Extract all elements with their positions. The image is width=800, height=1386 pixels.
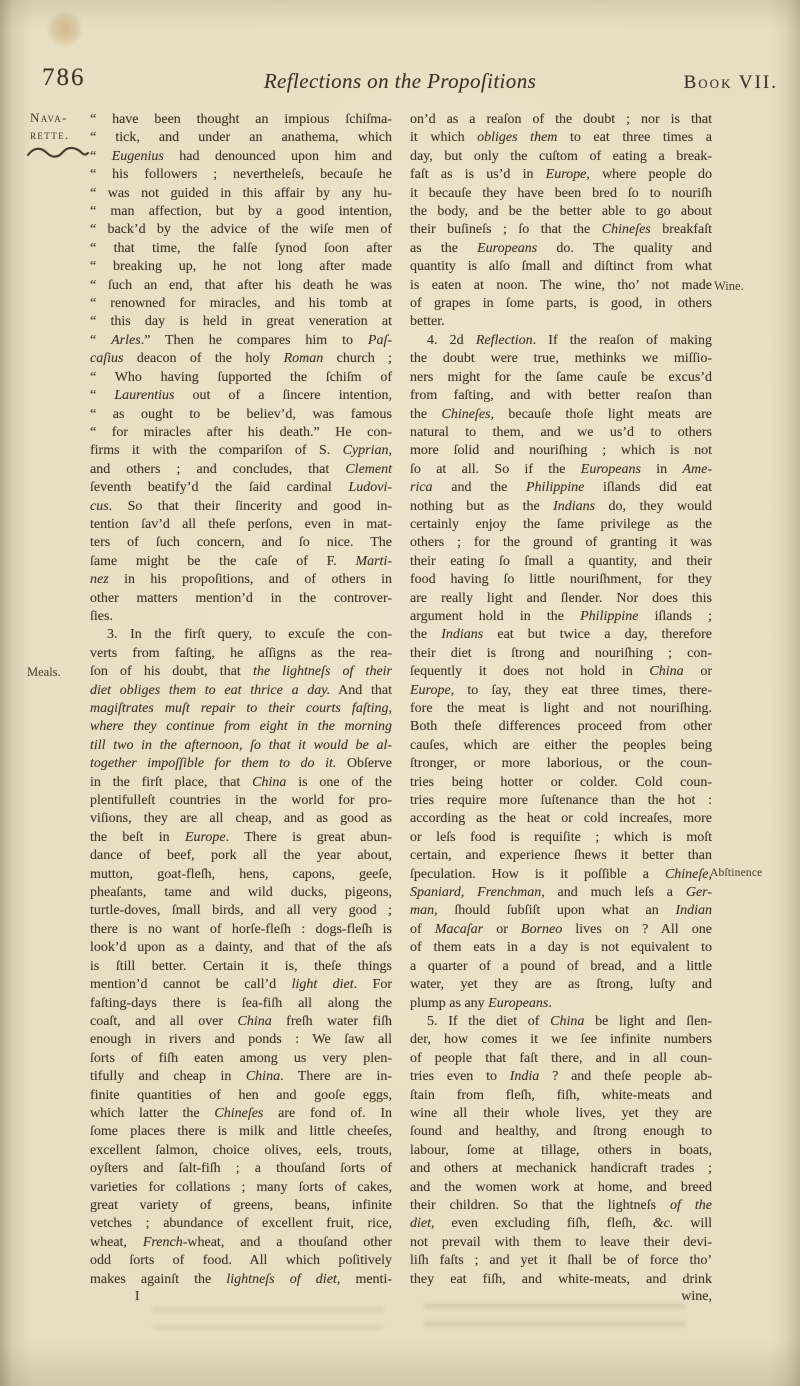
text-line: verts from faſting, he aſſigns as the re…	[90, 645, 392, 663]
text-line: ſome places there is milk and little che…	[90, 1123, 392, 1141]
text-line: it becauſe they have been bred ſo to nou…	[410, 185, 712, 203]
text-line: 4. 2d Reflection. If the reaſon of makin…	[410, 332, 712, 350]
text-line: “ man affection, but by a good intention…	[90, 203, 392, 221]
text-line: from faſting, and with better reaſon tha…	[410, 387, 712, 405]
signature-mark: I	[135, 1288, 140, 1304]
text-line: firms it with the compariſon of S. Cypri…	[90, 442, 392, 460]
text-line: fore the meat is light and not nouriſhin…	[410, 700, 712, 718]
margin-note-navarette-line2: rette.	[30, 127, 70, 144]
text-line: faſt as is us’d in Europe, where people …	[410, 166, 712, 184]
text-line: the doubt were true, methinks we miſſio-	[410, 350, 712, 368]
text-line: plentifulleſt countries in the world for…	[90, 792, 392, 810]
text-line: of people that faſt there, and in all co…	[410, 1050, 712, 1068]
text-line: oyſters and ſalt-fiſh ; a thouſand ſorts…	[90, 1160, 392, 1178]
margin-note-navarette: Nava- rette.	[30, 110, 70, 143]
text-line: according as the heat or cold increaſes,…	[410, 810, 712, 828]
text-line: excellent ſalmon, choice olives, eels, t…	[90, 1142, 392, 1160]
text-line: plump as any Europeans.	[410, 995, 712, 1013]
text-line: and the women work at home, and breed	[410, 1179, 712, 1197]
text-line: ſorts of fiſh eaten among us very plen-	[90, 1050, 392, 1068]
text-line: cauſes, which are either the peoples bei…	[410, 737, 712, 755]
text-line: “ was not guided in this affair by any h…	[90, 185, 392, 203]
text-line: faſting-days there is ſea-fiſh all along…	[90, 995, 392, 1013]
text-line: Europe, to ſay, they eat three times, th…	[410, 682, 712, 700]
paper-stain	[46, 12, 84, 46]
catchword: wine,	[410, 1289, 712, 1305]
text-line: ſtronger, or more laborious, or the coun…	[410, 755, 712, 773]
text-line: where they continue from eight in the mo…	[90, 718, 392, 736]
text-line: finite quantities of hen and gooſe eggs,	[90, 1087, 392, 1105]
text-line: odd ſorts of food. All which poſitively	[90, 1252, 392, 1270]
text-line: ters of ſuch concern, and ſo nice. The	[90, 534, 392, 552]
text-line: “ have been thought an impious ſchiſma-	[90, 111, 392, 129]
text-line: ſo at all. So if the Europeans in Ame-	[410, 461, 712, 479]
text-line: ſon of his doubt, that the lightneſs of …	[90, 663, 392, 681]
text-line: ſies.	[90, 608, 392, 626]
text-line: are really light and ſlender. Nor does t…	[410, 590, 712, 608]
text-line: of grapes in ſome parts, is good, in oth…	[410, 295, 712, 313]
text-line: “ Arles.” Then he compares him to Paſ-	[90, 332, 392, 350]
text-line: look’d upon as a dainty, and that of the…	[90, 939, 392, 957]
text-line: water, yet they are as ſtrong, luſty and	[410, 976, 712, 994]
text-line: “ back’d by the advice of the wiſe men o…	[90, 221, 392, 239]
text-line: mutton, goat-fleſh, hens, capons, geeſe,	[90, 866, 392, 884]
flourish-ornament	[26, 145, 90, 159]
text-line: ners might for the ſame cauſe be excus’d	[410, 369, 712, 387]
text-line: ſtain from fleſh, fiſh, white-meats and	[410, 1087, 712, 1105]
margin-note-abstinence: Abſtinence	[710, 866, 762, 881]
text-line: wine all their whole lives, yet they are	[410, 1105, 712, 1123]
text-line: not prevail with them to leave their dev…	[410, 1234, 712, 1252]
text-line: 5. If the diet of China be light and ſle…	[410, 1013, 712, 1031]
text-line: the Indians eat but twice a day, therefo…	[410, 626, 712, 644]
text-line: in the firſt place, that China is one of…	[90, 774, 392, 792]
text-line: mention’d cannot be call’d light diet. F…	[90, 976, 392, 994]
text-line: “ tick, and under an anathema, which	[90, 129, 392, 147]
text-line: liſh faſts ; and yet it ſhall be of forc…	[410, 1252, 712, 1270]
text-line: “ ſuch an end, that after his death he w…	[90, 277, 392, 295]
text-line: their children. So that the lightneſs of…	[410, 1197, 712, 1215]
text-line: ſeventh beatify’d the ſaid cardinal Ludo…	[90, 479, 392, 497]
text-line: “ his followers ; nevertheleſs, becauſe …	[90, 166, 392, 184]
text-line: diet, even excluding fiſh, fleſh, &c. wi…	[410, 1215, 712, 1233]
text-line: “ that time, the falſe ſynod ſoon after	[90, 240, 392, 258]
text-line: ſpeculation. How is it poſſible a Chineſ…	[410, 866, 712, 884]
text-line: man, ſhould ſubſiſt upon what an Indian	[410, 902, 712, 920]
text-line: rica and the Philippine iſlands did eat	[410, 479, 712, 497]
text-line: others ; for the ground of granting it w…	[410, 534, 712, 552]
verso-showthrough	[152, 1304, 384, 1330]
text-line: certain, and experience ſhews it better …	[410, 847, 712, 865]
text-line: which latter the Chineſes are fond of. I…	[90, 1105, 392, 1123]
text-line: “ for miracles after his death.” He con-	[90, 424, 392, 442]
verso-showthrough	[424, 1300, 686, 1338]
text-line: “ Who having ſupported the ſchiſm of	[90, 369, 392, 387]
text-line: quantity is alſo ſmall and diſtinct from…	[410, 258, 712, 276]
text-line: is ſtill better. Certain it is, theſe th…	[90, 958, 392, 976]
text-line: great variety of greens, beans, infinite	[90, 1197, 392, 1215]
margin-note-meals: Meals.	[27, 665, 61, 680]
margin-note-wine: Wine.	[714, 279, 744, 294]
text-line: argument hold in the Philippine iſlands …	[410, 608, 712, 626]
text-line: together impoſſible for them to do it. O…	[90, 755, 392, 773]
text-line: ſame might be the caſe of F. Marti-	[90, 553, 392, 571]
text-line: ſound and healthy, and ſtrong enough to	[410, 1123, 712, 1141]
text-line: their buſineſs ; ſo that the Chineſes br…	[410, 221, 712, 239]
text-line: enough in rivers and ponds : We ſaw all	[90, 1031, 392, 1049]
text-line: other matters mention’d in the controver…	[90, 590, 392, 608]
text-line: “ breaking up, he not long after made	[90, 258, 392, 276]
text-line: wheat, French-wheat, and a thouſand othe…	[90, 1234, 392, 1252]
book-page: 786 Reflections on the Propoſitions Book…	[0, 0, 800, 1386]
text-line: Both theſe differences proceed from othe…	[410, 718, 712, 736]
text-line: tifully and cheap in China. There are in…	[90, 1068, 392, 1086]
text-line: nothing but as the Indians do, they woul…	[410, 498, 712, 516]
text-line: the Chineſes, becauſe thoſe light meats …	[410, 406, 712, 424]
text-line: a quarter of a pound of bread, and a lit…	[410, 958, 712, 976]
text-line: of Macaſar or Borneo lives on ? All one	[410, 921, 712, 939]
text-line: tention ſav’d all theſe perſons, even in…	[90, 516, 392, 534]
text-line: on’d as a reaſon of the doubt ; nor is t…	[410, 111, 712, 129]
text-line: it which obliges them to eat three times…	[410, 129, 712, 147]
text-line: tries even to India ? and theſe people a…	[410, 1068, 712, 1086]
right-text-column: on’d as a reaſon of the doubt ; nor is t…	[410, 111, 712, 1289]
text-line: their diet is ſtrong and nouriſhing ; co…	[410, 645, 712, 663]
text-line: “ renowned for miracles, and his tomb at	[90, 295, 392, 313]
text-line: there is no want of horſe-fleſh : dogs-f…	[90, 921, 392, 939]
text-line: natural to them, and we us’d to others	[410, 424, 712, 442]
text-line: “ Eugenius had denounced upon him and	[90, 148, 392, 166]
text-line: Spaniard, Frenchman, and much leſs a Ger…	[410, 884, 712, 902]
running-title: Reflections on the Propoſitions	[0, 69, 800, 94]
text-line: as the Europeans do. The quality and	[410, 240, 712, 258]
text-line: more ſolid and nouriſhing ; which is not	[410, 442, 712, 460]
book-volume-label: Book VII.	[684, 72, 778, 94]
text-line: nez in his propoſitions, and of others i…	[90, 571, 392, 589]
text-line: makes againſt the lightneſs of diet, men…	[90, 1271, 392, 1289]
text-line: day, but only the cuſtom of eating a bre…	[410, 148, 712, 166]
text-line: coaſt, and all over China freſh water fi…	[90, 1013, 392, 1031]
text-line: they eat fiſh, and white-meats, and drin…	[410, 1271, 712, 1289]
text-line: der, how comes it we ſee infinite number…	[410, 1031, 712, 1049]
text-line: varieties for collations ; many ſorts of…	[90, 1179, 392, 1197]
text-line: diet obliges them to eat thrice a day. A…	[90, 682, 392, 700]
text-line: the beſt in Europe. There is great abun-	[90, 829, 392, 847]
text-line: tries being hotter or colder. Cold coun-	[410, 774, 712, 792]
text-line: “ this day is held in great veneration a…	[90, 313, 392, 331]
text-line: caſius deacon of the holy Roman church ;	[90, 350, 392, 368]
text-line: vetches ; abundance of excellent fruit, …	[90, 1215, 392, 1233]
text-line: better.	[410, 313, 712, 331]
text-line: 3. In the firſt query, to excuſe the con…	[90, 626, 392, 644]
text-line: till two in the afternoon, ſo that it wo…	[90, 737, 392, 755]
text-line: the body, and be the better able to go a…	[410, 203, 712, 221]
text-line: certainly enjoy the ſame privilege as th…	[410, 516, 712, 534]
text-line: of them eats in a day is not equivalent …	[410, 939, 712, 957]
text-line: tries require more ſuſtenance than the h…	[410, 792, 712, 810]
text-line: “ Laurentius out of a ſincere intention,	[90, 387, 392, 405]
text-line: pheaſants, tame and wild ducks, pigeons,	[90, 884, 392, 902]
text-line: turtle-doves, ſmall birds, and all very …	[90, 902, 392, 920]
text-line: is eaten at noon. The wine, tho’ not mad…	[410, 277, 712, 295]
text-line: and others ; and concludes, that Clement	[90, 461, 392, 479]
text-line: or leſs food is requiſite ; which is moſ…	[410, 829, 712, 847]
text-line: “ as ought to be believ’d, was famous	[90, 406, 392, 424]
text-line: cus. So that their ſincerity and good in…	[90, 498, 392, 516]
text-line: magiſtrates muſt repair to their courts …	[90, 700, 392, 718]
text-line: ſequently it does not hold in China or	[410, 663, 712, 681]
left-text-column: “ have been thought an impious ſchiſma-“…	[90, 111, 392, 1289]
margin-note-navarette-line1: Nava-	[30, 110, 70, 127]
text-line: viſions, they are all cheap, and as good…	[90, 810, 392, 828]
text-line: and others at mechanick handicraft trade…	[410, 1160, 712, 1178]
text-line: their eating ſo ſmall a quantity, and th…	[410, 553, 712, 571]
text-line: food having ſo little nouriſhment, for t…	[410, 571, 712, 589]
text-line: labour, ſome at tillage, others in boats…	[410, 1142, 712, 1160]
text-line: dance of beef, pork all the year about,	[90, 847, 392, 865]
